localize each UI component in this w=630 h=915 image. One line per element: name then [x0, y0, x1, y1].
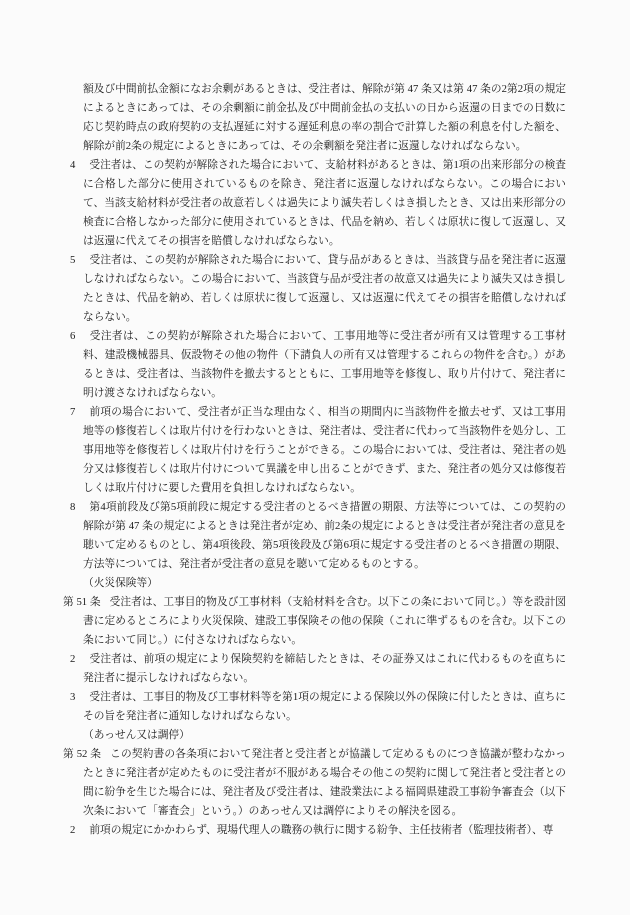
paragraph-text: 受注者は、工事目的物及び工事材料（支給材料を含む。以下この条において同じ。）等を…	[83, 596, 566, 646]
clause-item-4: 4受注者は、この契約が解除された場合において、支給材料があるときは、第1項の出来…	[63, 156, 566, 251]
article-number: 第 52 条	[63, 748, 101, 760]
article-51-item-2: 2受注者は、前項の規定により保険契約を締結したときは、その証券又はこれに代わるも…	[63, 650, 566, 688]
article-51-item-3: 3受注者は、工事目的物及び工事材料等を第1項の規定による保険以外の保険に付したと…	[63, 688, 566, 726]
heading-text: （火災保険等）	[83, 577, 158, 589]
article-52-item-2: 2前項の規定にかかわらず、現場代理人の職務の執行に関する紛争、主任技術者（監理技…	[63, 821, 566, 840]
article-number: 第 51 条	[63, 596, 101, 608]
article-51: 第 51 条受注者は、工事目的物及び工事材料（支給材料を含む。以下この条において…	[63, 593, 566, 650]
item-number: 6	[70, 330, 75, 342]
clause-item-5: 5受注者は、この契約が解除された場合において、貸与品があるときは、当該貸与品を発…	[63, 251, 566, 327]
paragraph-text: 前項の場合において、受注者が正当な理由なく、相当の期間内に当該物件を撤去せず、又…	[83, 406, 566, 494]
section-heading-fire-insurance: （火災保険等）	[63, 574, 566, 593]
contract-page: 額及び中間前払金額になお余剰があるときは、受注者は、解除が第 47 条又は第 4…	[63, 80, 566, 840]
paragraph-text: 受注者は、この契約が解除された場合において、貸与品があるときは、当該貸与品を発注…	[83, 254, 566, 323]
paragraph-text: 受注者は、この契約が解除された場合において、工事用地等に受注者が所有又は管理する…	[83, 330, 566, 399]
clause-item-8: 8第4項前段及び第5項前段に規定する受注者のとるべき措置の期限、方法等については…	[63, 498, 566, 574]
item-number: 5	[70, 254, 75, 266]
paragraph-continuation: 額及び中間前払金額になお余剰があるときは、受注者は、解除が第 47 条又は第 4…	[63, 80, 566, 156]
section-heading-mediation: （あっせん又は調停）	[63, 726, 566, 745]
item-number: 4	[70, 159, 75, 171]
clause-item-7: 7前項の場合において、受注者が正当な理由なく、相当の期間内に当該物件を撤去せず、…	[63, 403, 566, 498]
paragraph-text: 額及び中間前払金額になお余剰があるときは、受注者は、解除が第 47 条又は第 4…	[83, 83, 566, 152]
paragraph-text: この契約書の各条項において発注者と受注者とが協議して定めるものにつき協議が整わな…	[83, 748, 566, 817]
heading-text: （あっせん又は調停）	[83, 729, 190, 741]
paragraph-text: 受注者は、前項の規定により保険契約を締結したときは、その証券又はこれに代わるもの…	[83, 653, 566, 684]
item-number: 8	[70, 501, 75, 513]
item-number: 3	[70, 691, 75, 703]
item-number: 7	[70, 406, 75, 418]
paragraph-text: 前項の規定にかかわらず、現場代理人の職務の執行に関する紛争、主任技術者（監理技術…	[89, 824, 553, 836]
item-number: 2	[70, 653, 75, 665]
clause-item-6: 6受注者は、この契約が解除された場合において、工事用地等に受注者が所有又は管理す…	[63, 327, 566, 403]
paragraph-text: 受注者は、この契約が解除された場合において、支給材料があるときは、第1項の出来形…	[83, 159, 566, 247]
item-number: 2	[70, 824, 75, 836]
paragraph-text: 受注者は、工事目的物及び工事材料等を第1項の規定による保険以外の保険に付したとき…	[83, 691, 566, 722]
paragraph-text: 第4項前段及び第5項前段に規定する受注者のとるべき措置の期限、方法等については、…	[83, 501, 566, 570]
article-52: 第 52 条この契約書の各条項において発注者と受注者とが協議して定めるものにつき…	[63, 745, 566, 821]
